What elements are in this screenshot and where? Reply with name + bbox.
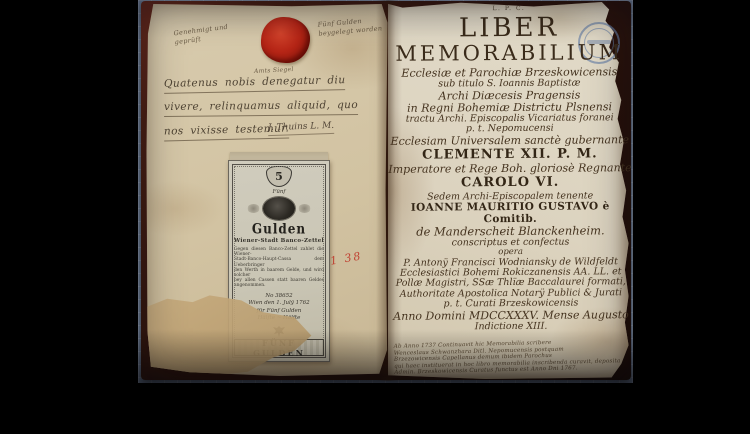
title-page-line: Indictione XIII. <box>389 321 633 333</box>
title-page-line: CAROLO VI. <box>388 175 632 191</box>
title-page-line: MEMORABILIUM <box>387 40 631 66</box>
screenshot-canvas: Genehmigt und geprüft Fünf Gulden beygel… <box>0 0 750 434</box>
handwritten-note-top-left: Genehmigt und geprüft <box>173 23 230 48</box>
title-page-line: Imperatore et Rege Boh. gloriosè Regnant… <box>388 162 632 176</box>
later-footnote-block: Ab Anno 1737 Continuavit hic Memorabilia… <box>394 338 623 377</box>
handwritten-note-top-right: Fünf Gulden beygelegt worden <box>317 15 382 39</box>
banknote-paste-strip <box>230 152 328 160</box>
latin-motto: Quatenus nobis denegatur diu vivere, rel… <box>164 76 379 148</box>
motto-line: Quatenus nobis denegatur diu <box>164 74 346 94</box>
red-ink-mark: 1 38 <box>329 249 363 267</box>
red-wax-seal <box>261 17 310 63</box>
book-photograph: Genehmigt und geprüft Fünf Gulden beygel… <box>138 0 633 383</box>
title-page-line: LIBER <box>387 14 631 42</box>
title-page-line: IOANNE MAURITIO GUSTAVO è Comitib. <box>388 201 632 226</box>
title-page-text: L. P. C.LIBERMEMORABILIUMEcclesiæ et Par… <box>387 5 633 333</box>
banknote-currency-word: Gulden <box>229 221 329 237</box>
motto-signature: J. Thuins L. M. <box>268 121 335 136</box>
left-page: Genehmigt und geprüft Fünf Gulden beygel… <box>146 4 389 376</box>
motto-line: vivere, relinquamus aliquid, quo <box>164 99 358 117</box>
